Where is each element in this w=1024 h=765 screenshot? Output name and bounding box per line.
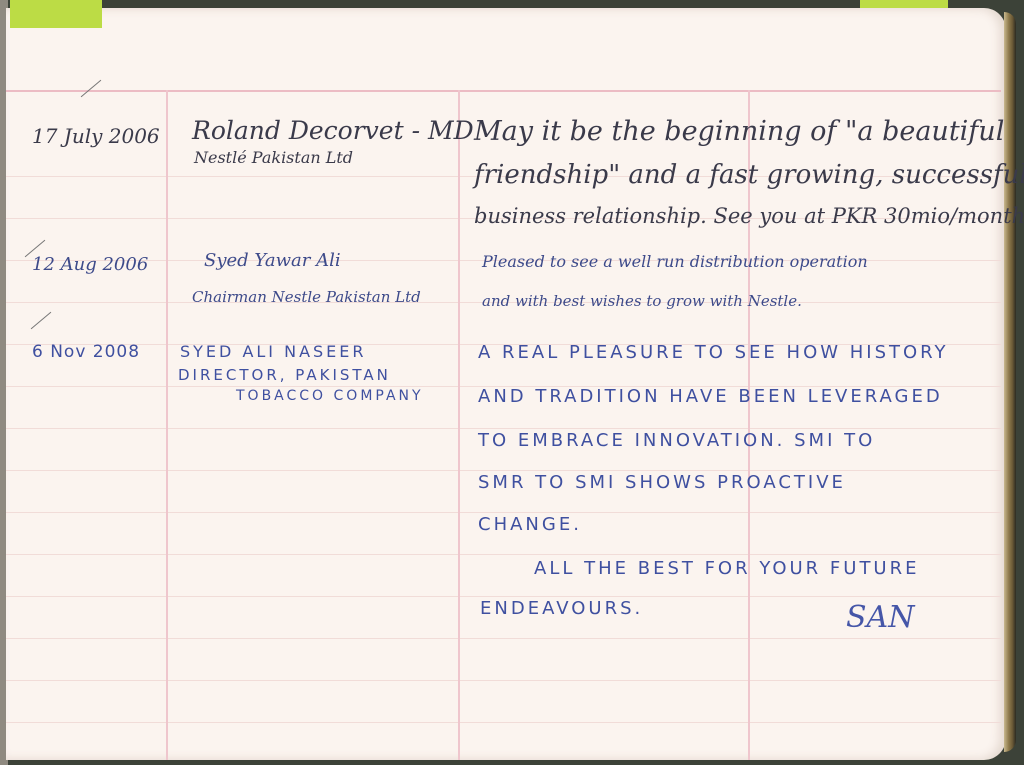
entry-remark-line: friendship" and a fast growing, successf… (474, 160, 1024, 190)
entry-remark-line: Pleased to see a well run distribution o… (482, 252, 868, 271)
entry-designation-2: Tobacco Company (236, 388, 424, 404)
entry-remark-line: business relationship. See you at PKR 30… (474, 204, 1024, 228)
entry-remark-line: Change. (478, 514, 582, 535)
column-divider-name (458, 90, 460, 760)
entry-remark-line: SMR To SMI Shows Proactive (478, 472, 846, 493)
entry-designation: Chairman Nestle Pakistan Ltd (192, 288, 421, 306)
entry-remark-line: And Tradition Have Been Leveraged (478, 386, 943, 407)
entry-name: Syed Yawar Ali (204, 250, 341, 271)
entry-remark-line: Endeavours. (480, 598, 643, 619)
ruled-line (6, 638, 1001, 639)
sticky-tab-right (860, 0, 948, 8)
sticky-tab-left (10, 0, 102, 28)
page-edges (1004, 12, 1016, 752)
column-divider-remarks (748, 90, 750, 760)
ruled-line (6, 428, 1001, 429)
ruled-line (6, 554, 1001, 555)
ruled-line (6, 680, 1001, 681)
entry-date: 12 Aug 2006 (32, 254, 148, 275)
ruled-line (6, 596, 1001, 597)
signature: SAN (846, 600, 914, 635)
entry-date: 17 July 2006 (32, 124, 160, 148)
entry-name: Roland Decorvet - MD (192, 116, 474, 145)
entry-remark-line: and with best wishes to grow with Nestle… (482, 292, 802, 310)
entry-designation: Nestlé Pakistan Ltd (194, 148, 353, 167)
entry-remark-line: May it be the beginning of "a beautiful (474, 116, 1004, 147)
ruled-line (6, 512, 1001, 513)
entry-remark-line: To Embrace Innovation. SMI To (478, 430, 875, 451)
entry-name: Syed Ali Naseer (180, 342, 367, 361)
entry-date: 6 Nov 2008 (32, 342, 140, 362)
entry-remark-line: All The Best For Your Future (534, 558, 920, 579)
entry-remark-line: A Real Pleasure To See How History (478, 342, 949, 363)
header-rule (6, 90, 1001, 92)
ruled-line (6, 722, 1001, 723)
column-divider-date (166, 90, 168, 760)
ruled-line (6, 470, 1001, 471)
entry-designation: Director, Pakistan (178, 366, 391, 384)
